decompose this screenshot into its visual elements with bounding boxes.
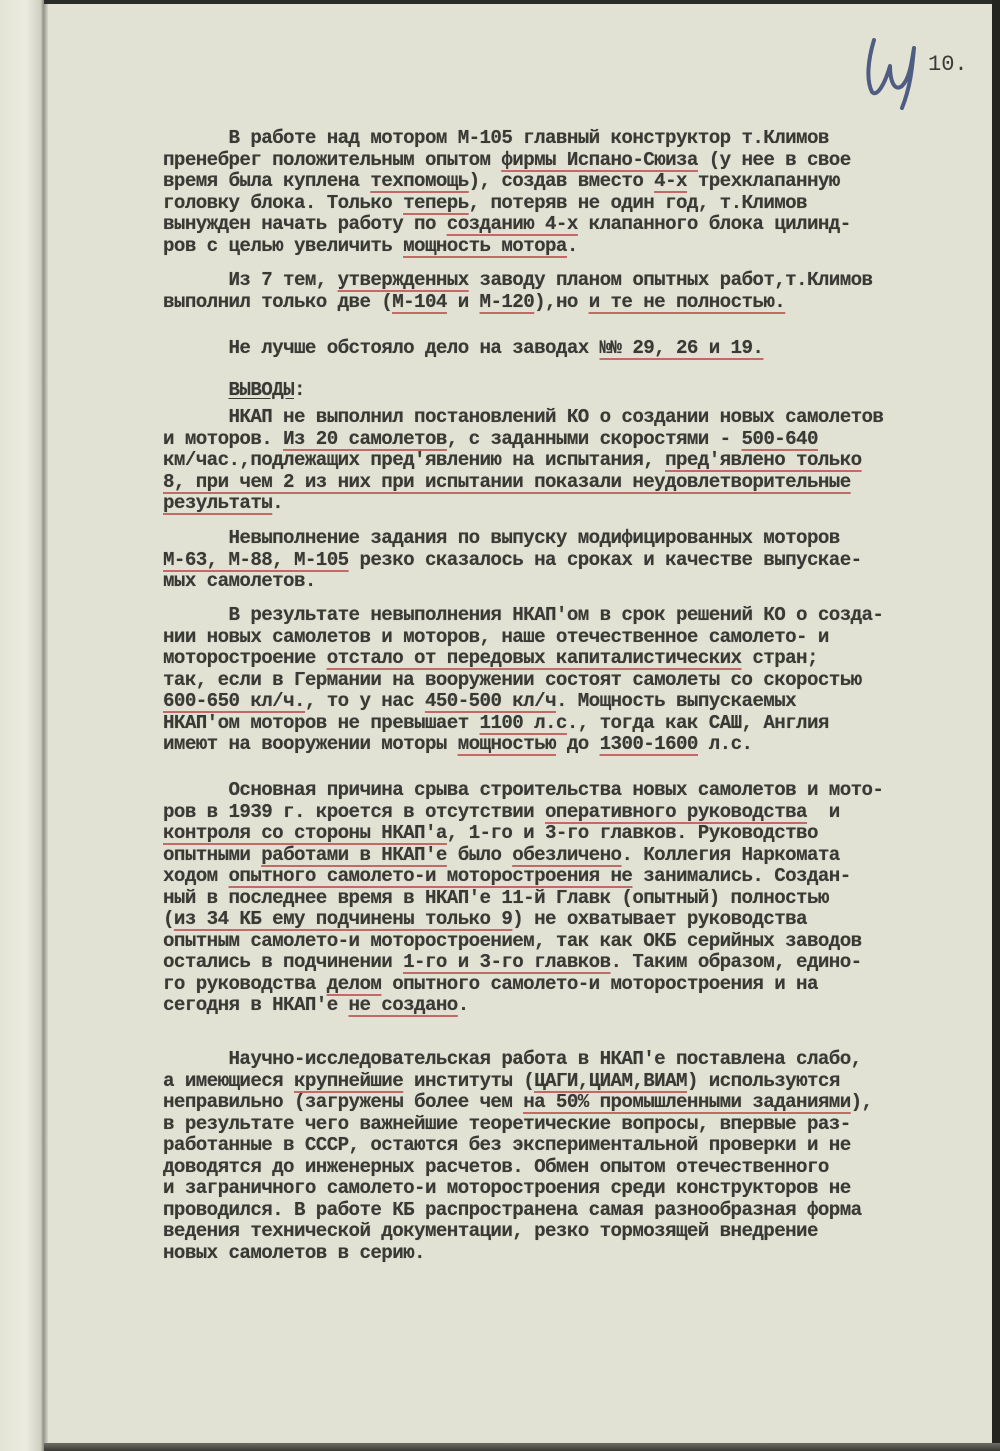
paragraph-p7: Основная причина срыва строительства нов… — [163, 780, 983, 1017]
text-line: а имеющиеся крупнейшие институты (ЦАГИ,Ц… — [163, 1071, 983, 1093]
text-line: проводился. В работе КБ распространена с… — [163, 1200, 983, 1222]
text-line: сегодня в НКАП'е не создано. — [163, 995, 983, 1017]
text-line: ный в последнее время в НКАП'е 11-й Глав… — [163, 888, 983, 910]
text-line: ведения технической документации, резко … — [163, 1221, 983, 1243]
text-line: Основная причина срыва строительства нов… — [163, 780, 983, 802]
text-line: Невыполнение задания по выпуску модифици… — [163, 528, 983, 550]
text-line: доводятся до инженерных расчетов. Обмен … — [163, 1157, 983, 1179]
text-line: ВЫВОДЫ: — [163, 380, 983, 402]
text-line: моторостроение отстало от передовых капи… — [163, 648, 983, 670]
binding-margin — [0, 0, 44, 1451]
scan-border-right — [992, 0, 1000, 1451]
section-heading-conclusions: ВЫВОДЫ: — [163, 380, 983, 402]
text-line: 8, при чем 2 из них при испытании показа… — [163, 472, 983, 494]
text-line: ров в 1939 г. кроется в отсутствии опера… — [163, 802, 983, 824]
text-line: М-63, М-88, М-105 резко сказалось на сро… — [163, 550, 983, 572]
text-line: и заграничного самолето-и моторостроения… — [163, 1178, 983, 1200]
text-line: опытным самолето-и моторостроением, так … — [163, 931, 983, 953]
text-line: ров с целью увеличить мощность мотора. — [163, 236, 983, 258]
paragraph-p2: Из 7 тем, утвержденных заводу планом опы… — [163, 270, 983, 313]
text-line: неправильно (загружены более чем на 50% … — [163, 1092, 983, 1114]
text-line: результаты. — [163, 493, 983, 515]
text-line: выполнил только две (М-104 и М-120),но и… — [163, 292, 983, 314]
paragraph-p8: Научно-исследовательская работа в НКАП'е… — [163, 1049, 983, 1264]
paragraph-p6: В результате невыполнения НКАП'ом в срок… — [163, 605, 983, 756]
typed-page-number: 10. — [928, 52, 968, 77]
text-line: НКАП не выполнил постановлений КО о созд… — [163, 407, 983, 429]
text-line: в результате чего важнейшие теоретически… — [163, 1114, 983, 1136]
text-line: головку блока. Только теперь, потеряв не… — [163, 193, 983, 215]
text-line: новых самолетов в серию. — [163, 1243, 983, 1265]
text-line: В результате невыполнения НКАП'ом в срок… — [163, 605, 983, 627]
text-line: так, если в Германии на вооружении состо… — [163, 670, 983, 692]
text-line: мых самолетов. — [163, 571, 983, 593]
text-line: имеют на вооружении моторы мощностью до … — [163, 734, 983, 756]
text-line: вынужден начать работу по созданию 4-х к… — [163, 214, 983, 236]
text-line: контроля со стороны НКАП'а, 1-го и 3-го … — [163, 823, 983, 845]
text-line: Не лучше обстояло дело на заводах №№ 29,… — [163, 338, 983, 360]
text-line: остались в подчинении 1-го и 3-го главко… — [163, 952, 983, 974]
text-line: Научно-исследовательская работа в НКАП'е… — [163, 1049, 983, 1071]
text-line: 600-650 кл/ч., то у нас 450-500 кл/ч. Мо… — [163, 691, 983, 713]
scan-border-bottom — [44, 1443, 1000, 1451]
text-line: го руководства делом опытного самолето-и… — [163, 974, 983, 996]
text-line: опытными работами в НКАП'е было обезличе… — [163, 845, 983, 867]
paragraph-p1: В работе над мотором М-105 главный конст… — [163, 128, 983, 257]
paragraph-p5: Невыполнение задания по выпуску модифици… — [163, 528, 983, 593]
text-line: нии новых самолетов и моторов, наше отеч… — [163, 627, 983, 649]
text-line: время была куплена техпомощь), создав вм… — [163, 171, 983, 193]
text-line: работанные в СССР, остаются без эксперим… — [163, 1135, 983, 1157]
text-line: В работе над мотором М-105 главный конст… — [163, 128, 983, 150]
paragraph-p4: НКАП не выполнил постановлений КО о созд… — [163, 407, 983, 515]
text-line: (из 34 КБ ему подчинены только 9) не охв… — [163, 909, 983, 931]
paragraph-p3: Не лучше обстояло дело на заводах №№ 29,… — [163, 338, 983, 360]
text-line: НКАП'ом моторов не превышает 1100 л.с., … — [163, 713, 983, 735]
text-line: км/час.,подлежащих пред'явлению на испыт… — [163, 450, 983, 472]
text-line: ходом опытного самолето-и моторостроения… — [163, 866, 983, 888]
text-line: и моторов. Из 20 самолетов, с заданными … — [163, 429, 983, 451]
text-line: пренебрег положительным опытом фирмы Исп… — [163, 150, 983, 172]
text-line: Из 7 тем, утвержденных заводу планом опы… — [163, 270, 983, 292]
